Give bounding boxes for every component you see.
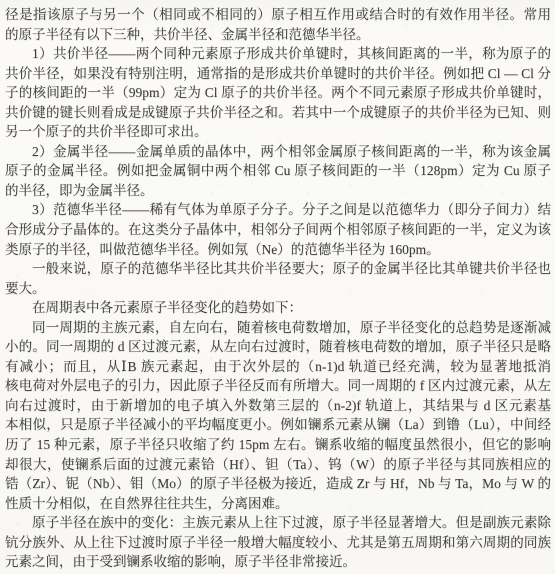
text-line: 元素之间，由于受到镧系收缩的影响，原子半径非常接近。 — [5, 552, 551, 572]
text-line: 一般来说，原子的范德华半径比其共价半径要大；原子的金属半径比其单键共价半径也 — [5, 259, 551, 279]
text-line: 要大。 — [5, 279, 551, 299]
text-line: 的半径，即为金属半径。 — [5, 181, 551, 201]
paragraph: 在周期表中各元素原子半径变化的趋势如下： — [5, 298, 551, 318]
text-line: 在周期表中各元素原子半径变化的趋势如下： — [5, 298, 551, 318]
body-text: 径是指该原子与另一个（相同或不相同的）原子相互作用或结合时的有效作用半径。常用的… — [0, 0, 555, 572]
paragraph: 1）共价半径——两个同种元素原子形成共价单键时，其核间距离的一半，称为原子的共价… — [5, 44, 551, 142]
text-line: 共价半径，如果没有特别注明，通常指的是形成共价单键时的共价半径。例如把 Cl —… — [5, 64, 551, 84]
paragraph: 同一周期的主族元素，自左向右，随着核电荷数增加，原子半径变化的总趋势是逐渐减小的… — [5, 318, 551, 513]
text-line: 小的。同一周期的 d 区过渡元素，从左向右过渡时，随着核电荷数的增加，原子半径只… — [5, 337, 551, 357]
text-line: 合形成分子晶体的。在这类分子晶体中，相邻分子间两个相邻原子核间距的一半，定义为该 — [5, 220, 551, 240]
text-line: 子的核间距的一半（99pm）定为 Cl 原子的共价半径。两个不同元素原子形成共价… — [5, 83, 551, 103]
text-line: 类原子的半径，叫做范德华半径。例如氖（Ne）的范德华半径为 160pm。 — [5, 240, 551, 260]
text-line: 的原子半径有以下三种，共价半径、金属半径和范德华半径。 — [5, 25, 551, 45]
text-line: 却很大，使镧系后面的过渡元素铪（Hf）、钽（Ta）、钨（W）的原子半径与其同族相… — [5, 455, 551, 475]
text-line: 共价键的键长则看成是成键原子共价半径之和。若其中一个成键原子的共价半径为已知、则 — [5, 103, 551, 123]
text-line: 3）范德华半径——稀有气体为单原子分子。分子之间是以范德华力（即分子间力）结 — [5, 200, 551, 220]
text-line: 性质十分相似，在自然界往往共生，分离困难。 — [5, 494, 551, 514]
text-line: 锆（Zr）、铌（Nb）、钼（Mo）的原子半径极为接近，造成 Zr 与 Hf，Nb… — [5, 474, 551, 494]
text-line: 2）金属半径——金属单质的晶体中，两个相邻金属原子核间距离的一半，称为该金属 — [5, 142, 551, 162]
text-line: 本相似，只是原子半径减小的平均幅度更小。例如镧系元素从镧（La）到镥（Lu），中… — [5, 415, 551, 435]
scanned-page: 径是指该原子与另一个（相同或不相同的）原子相互作用或结合时的有效作用半径。常用的… — [0, 0, 555, 574]
text-line: 历了 15 种元素，原子半径只收缩了约 15pm 左右。镧系收缩的幅度虽然很小，… — [5, 435, 551, 455]
paragraph: 2）金属半径——金属单质的晶体中，两个相邻金属原子核间距离的一半，称为该金属原子… — [5, 142, 551, 201]
text-line: 有减小；而且，从ⅠB 族元素起，由于次外层的（n-1)d 轨道已经充满，较为显著… — [5, 357, 551, 377]
paragraph: 一般来说，原子的范德华半径比其共价半径要大；原子的金属半径比其单键共价半径也要大… — [5, 259, 551, 298]
text-line: 1）共价半径——两个同种元素原子形成共价单键时，其核间距离的一半，称为原子的 — [5, 44, 551, 64]
text-line: 原子的金属半径。例如把金属铜中两个相邻 Cu 原子核间距的一半（128pm）定为… — [5, 161, 551, 181]
text-line: 向右过渡时，由于新增加的电子填入外数第三层的（n-2)f 轨道上，其结果与 d … — [5, 396, 551, 416]
paragraph: 原子半径在族中的变化：主族元素从上往下过渡，原子半径显著增大。但是副族元素除钪分… — [5, 513, 551, 572]
text-line: 钪分族外、从上往下过渡时原子半径一般增大幅度较小、尤其是第五周期和第六周期的同族 — [5, 533, 551, 553]
paragraph: 3）范德华半径——稀有气体为单原子分子。分子之间是以范德华力（即分子间力）结合形… — [5, 200, 551, 259]
paragraph: 径是指该原子与另一个（相同或不相同的）原子相互作用或结合时的有效作用半径。常用的… — [5, 5, 551, 44]
text-line: 同一周期的主族元素，自左向右，随着核电荷数增加，原子半径变化的总趋势是逐渐减 — [5, 318, 551, 338]
text-line: 原子半径在族中的变化：主族元素从上往下过渡，原子半径显著增大。但是副族元素除 — [5, 513, 551, 533]
text-line: 另一个原子的共价半径即可求出。 — [5, 122, 551, 142]
text-line: 核电荷对外层电子的引力，因此原子半径反而有所增大。同一周期的 f 区内过渡元素，… — [5, 376, 551, 396]
text-line: 径是指该原子与另一个（相同或不相同的）原子相互作用或结合时的有效作用半径。常用 — [5, 5, 551, 25]
